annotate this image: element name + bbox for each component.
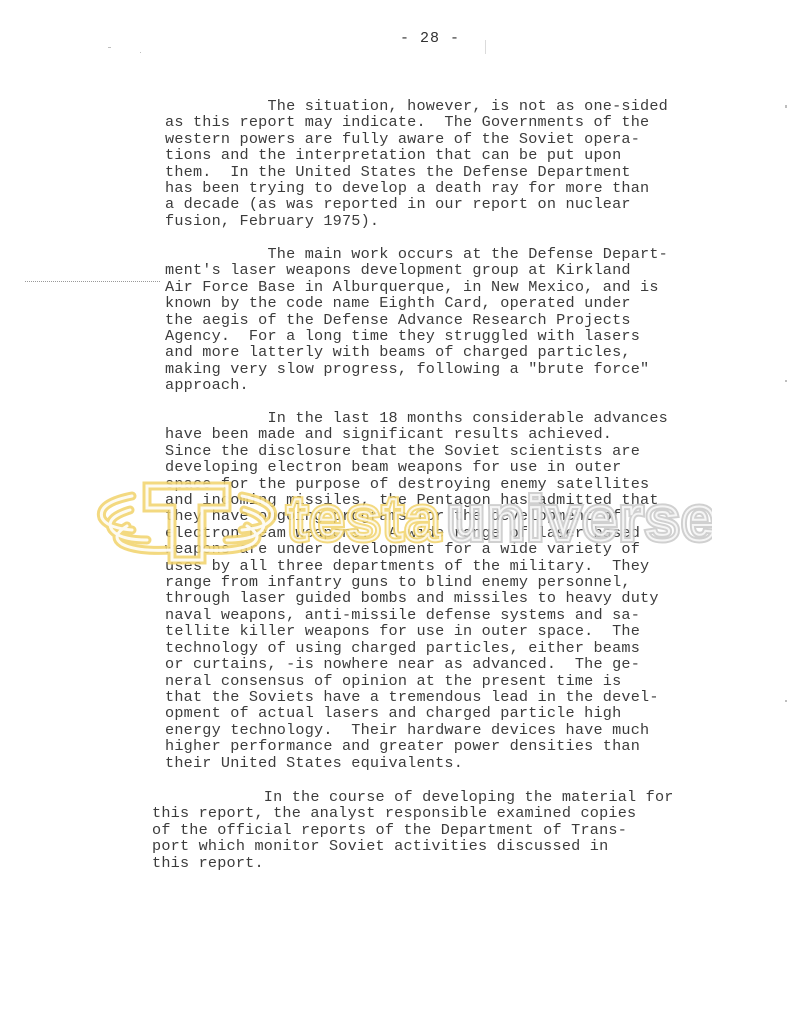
text-line: as this report may indicate. The Governm…: [165, 114, 725, 130]
text-line: and more latterly with beams of charged …: [165, 344, 725, 360]
page-number: - 28 -: [400, 30, 460, 47]
text-line: neral consensus of opinion at the presen…: [165, 673, 725, 689]
paragraph-1: The situation, however, is not as one-si…: [165, 98, 725, 229]
text-line: their United States equivalents.: [165, 755, 725, 771]
text-line: developing electron beam weapons for use…: [165, 459, 725, 475]
scan-speck: [140, 52, 141, 53]
text-line: this report.: [152, 855, 712, 871]
paragraph-3: In the last 18 months considerable advan…: [165, 410, 725, 771]
text-line: uses by all three departments of the mil…: [165, 558, 725, 574]
paragraph-4: In the course of developing the material…: [152, 789, 712, 871]
text-line: Since the disclosure that the Soviet sci…: [165, 443, 725, 459]
text-line: they have ongoing programs for the devel…: [165, 508, 725, 524]
text-line: tellite killer weapons for use in outer …: [165, 623, 725, 639]
text-line: The situation, however, is not as one-si…: [165, 98, 725, 114]
text-line: has been trying to develop a death ray f…: [165, 180, 725, 196]
text-line: In the last 18 months considerable advan…: [165, 410, 725, 426]
text-line: them. In the United States the Defense D…: [165, 164, 725, 180]
text-line: tions and the interpretation that can be…: [165, 147, 725, 163]
text-line: The main work occurs at the Defense Depa…: [165, 246, 725, 262]
text-line: naval weapons, anti-missile defense syst…: [165, 607, 725, 623]
scan-speck: [785, 105, 787, 108]
text-line: port which monitor Soviet activities dis…: [152, 838, 712, 854]
text-line: known by the code name Eighth Card, oper…: [165, 295, 725, 311]
text-line: weapons are under development for a wide…: [165, 541, 725, 557]
scan-speck: [108, 47, 111, 48]
text-line: western powers are fully aware of the So…: [165, 131, 725, 147]
text-line: approach.: [165, 377, 725, 393]
text-line: that the Soviets have a tremendous lead …: [165, 689, 725, 705]
text-line: the aegis of the Defense Advance Researc…: [165, 312, 725, 328]
text-line: opment of actual lasers and charged part…: [165, 705, 725, 721]
scan-speck: [485, 40, 486, 54]
text-line: Agency. For a long time they struggled w…: [165, 328, 725, 344]
text-line: fusion, February 1975).: [165, 213, 725, 229]
text-line: a decade (as was reported in our report …: [165, 196, 725, 212]
text-line: In the course of developing the material…: [152, 789, 712, 805]
scan-speck: [785, 700, 787, 702]
text-line: have been made and significant results a…: [165, 426, 725, 442]
text-line: through laser guided bombs and missiles …: [165, 590, 725, 606]
text-line: or curtains, -is nowhere near as advance…: [165, 656, 725, 672]
text-line: ment's laser weapons development group a…: [165, 262, 725, 278]
text-line: higher performance and greater power den…: [165, 738, 725, 754]
text-line: Air Force Base in Alburquerque, in New M…: [165, 279, 725, 295]
text-line: this report, the analyst responsible exa…: [152, 805, 712, 821]
text-line: making very slow progress, following a "…: [165, 361, 725, 377]
text-line: technology of using charged particles, e…: [165, 640, 725, 656]
text-line: electron beam weapons. A wide range of l…: [165, 525, 725, 541]
scan-speck: [785, 380, 787, 382]
text-line: of the official reports of the Departmen…: [152, 822, 712, 838]
text-line: space for the purpose of destroying enem…: [165, 476, 725, 492]
text-line: and incoming missiles, the Pentagon has …: [165, 492, 725, 508]
text-line: energy technology. Their hardware device…: [165, 722, 725, 738]
paragraph-2: The main work occurs at the Defense Depa…: [165, 246, 725, 394]
text-line: range from infantry guns to blind enemy …: [165, 574, 725, 590]
scan-margin-mark: [25, 281, 160, 283]
